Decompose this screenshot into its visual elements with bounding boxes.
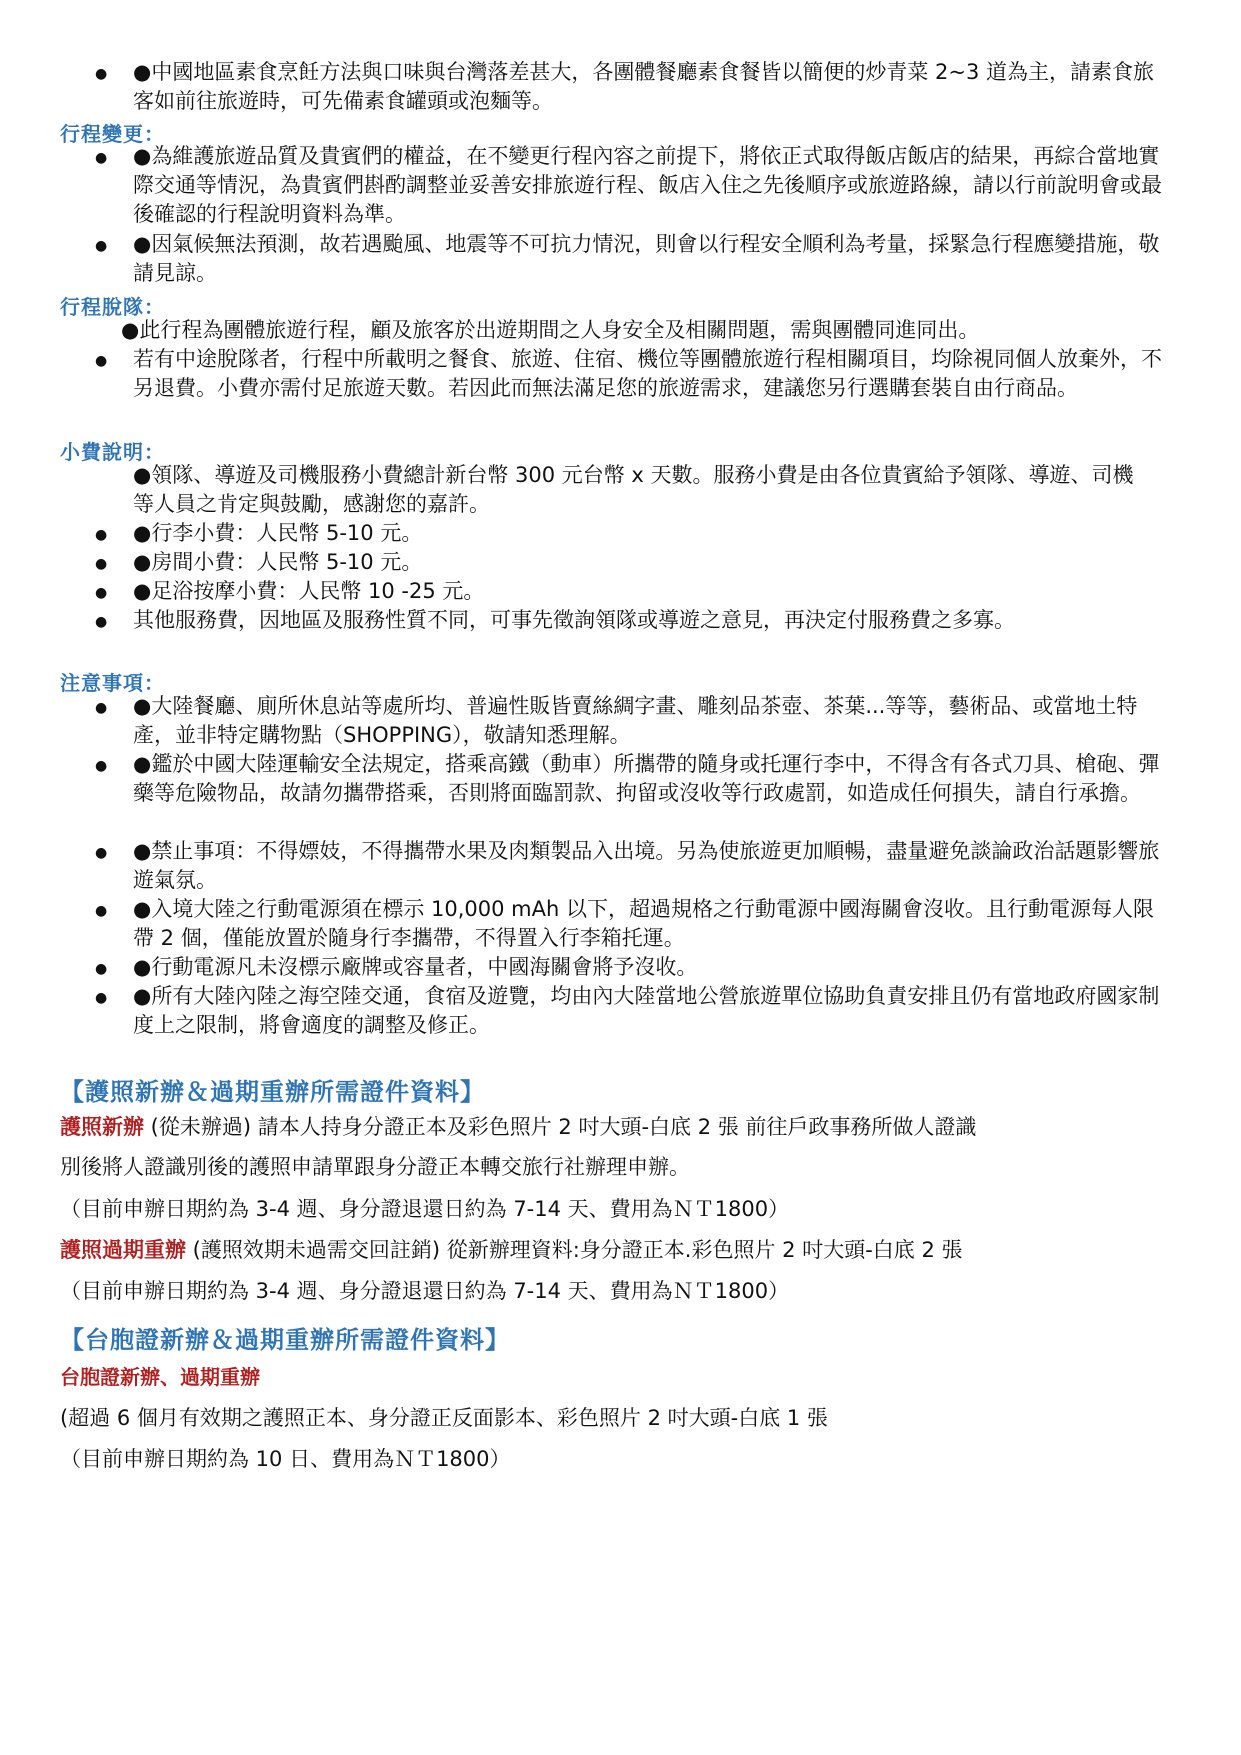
taibao-text: (超過 6 個月有效期之護照正本、身分證正反面影本、彩色照片 2 吋大頭-白底 … — [60, 1404, 828, 1433]
list-item: ●房間小費：人民幣 5-10 元。 — [133, 548, 1173, 577]
list-item: 若有中途脫隊者，行程中所載明之餐食、旅遊、住宿、機位等團體旅遊行程相關項目，均除… — [133, 345, 1173, 403]
bullet-icon: ● — [95, 990, 107, 1006]
passport-new-text: (從未辦過) 請本人持身分證正本及彩色照片 2 吋大頭-白底 2 張 前往戶政事… — [144, 1115, 976, 1139]
list-item: ●行李小費：人民幣 5-10 元。 — [133, 519, 1173, 548]
passport-new-time: （目前申辦日期約為 3-4 週、身分證退還日約為 7-14 天、費用為ＮＴ180… — [60, 1195, 789, 1224]
section-heading-taibao: 【台胞證新辦＆過期重辦所需證件資料】 — [60, 1320, 510, 1355]
bullet-icon: ● — [95, 238, 107, 254]
bullet-icon: ● — [95, 700, 107, 716]
intro-text: ●此行程為團體旅遊行程，顧及旅客於出遊期間之人身安全及相關問題，需與團體同進同出… — [121, 316, 1161, 345]
bullet-icon: ● — [95, 556, 107, 572]
bullet-icon: ● — [95, 845, 107, 861]
section-heading-passport: 【護照新辦＆過期重辦所需證件資料】 — [60, 1072, 485, 1107]
bullet-icon: ● — [95, 614, 107, 630]
bullet-icon: ● — [95, 527, 107, 543]
list-item: ●所有大陸內陸之海空陸交通，食宿及遊覽，均由內大陸當地公營旅遊單位協助負責安排且… — [133, 982, 1173, 1040]
document-page: ● ●中國地區素食烹飪方法與口味與台灣落差甚大，各團體餐廳素食餐皆以簡便的炒青菜… — [0, 0, 1241, 1755]
passport-renew-text: (護照效期未過需交回註銷) 從新辦理資料:身分證正本.彩色照片 2 吋大頭-白底… — [186, 1238, 962, 1262]
bullet-icon: ● — [95, 903, 107, 919]
passport-renew-time: （目前申辦日期約為 3-4 週、身分證退還日約為 7-14 天、費用為ＮＴ180… — [60, 1277, 789, 1306]
passport-new-line-2: 別後將人證識別後的護照申請單跟身分證正本轉交旅行社辦理申辦。 — [60, 1153, 690, 1182]
list-item: ●禁止事項：不得嫖妓，不得攜帶水果及肉類製品入出境。另為使旅遊更加順暢，盡量避免… — [133, 837, 1173, 895]
list-item: ●大陸餐廳、廁所休息站等處所均、普遍性販皆賣絲綢字畫、雕刻品茶壺、茶葉...等等… — [133, 692, 1173, 750]
list-item: ●鑑於中國大陸運輸安全法規定，搭乘高鐵（動車）所攜帶的隨身或托運行李中，不得含有… — [133, 750, 1173, 808]
taibao-time: （目前申辦日期約為 10 日、費用為ＮＴ1800） — [60, 1445, 511, 1474]
bullet-icon: ● — [95, 66, 107, 82]
bullet-icon: ● — [95, 758, 107, 774]
list-item: ●為維護旅遊品質及貴賓們的權益，在不變更行程內容之前提下，將依正式取得飯店飯店的… — [133, 142, 1173, 229]
passport-renew-label: 護照過期重辦 — [60, 1238, 186, 1262]
list-item: ●行動電源凡未沒標示廠牌或容量者，中國海關會將予沒收。 — [133, 953, 1173, 982]
list-item: ●入境大陸之行動電源須在標示 10,000 mAh 以下，超過規格之行動電源中國… — [133, 895, 1173, 953]
bullet-icon: ● — [95, 585, 107, 601]
list-item: ●因氣候無法預測，故若遇颱風、地震等不可抗力情況，則會以行程安全順利為考量，採緊… — [133, 230, 1173, 288]
passport-new-label: 護照新辦 — [60, 1115, 144, 1139]
bullet-icon: ● — [95, 961, 107, 977]
list-item: ●足浴按摩小費：人民幣 10 -25 元。 — [133, 577, 1173, 606]
bullet-icon: ● — [95, 353, 107, 369]
intro-text: ●領隊、導遊及司機服務小費總計新台幣 300 元台幣 x 天數。服務小費是由各位… — [133, 461, 1153, 519]
taibao-label: 台胞證新辦、過期重辦 — [60, 1363, 260, 1392]
list-item: ●中國地區素食烹飪方法與口味與台灣落差甚大，各團體餐廳素食餐皆以簡便的炒青菜 2… — [133, 58, 1173, 116]
list-item: 其他服務費，因地區及服務性質不同，可事先徵詢領隊或導遊之意見，再決定付服務費之多… — [133, 606, 1173, 635]
passport-new-line-1: 護照新辦 (從未辦過) 請本人持身分證正本及彩色照片 2 吋大頭-白底 2 張 … — [60, 1113, 976, 1142]
bullet-icon: ● — [95, 150, 107, 166]
passport-renew-line: 護照過期重辦 (護照效期未過需交回註銷) 從新辦理資料:身分證正本.彩色照片 2… — [60, 1236, 962, 1265]
